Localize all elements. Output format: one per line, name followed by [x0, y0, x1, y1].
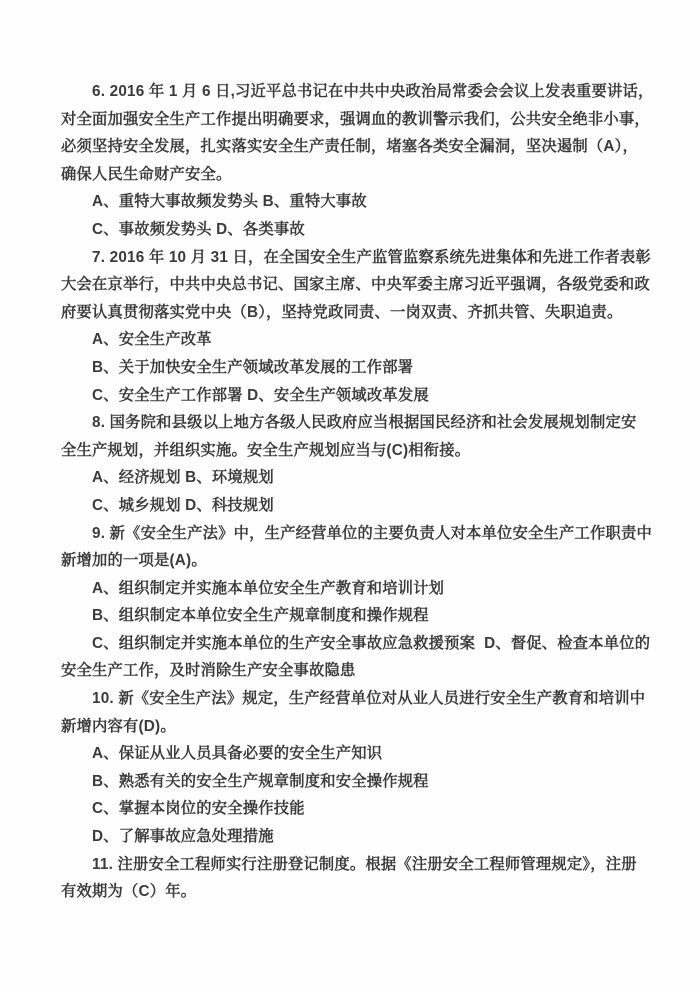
question-11-line-1: 11. 注册安全工程师实行注册登记制度。根据《注册安全工程师管理规定》，注册	[61, 851, 639, 879]
question-9-line-1: 9. 新《安全生产法》中，生产经营单位的主要负责人对本单位安全生产工作职责中	[61, 520, 639, 548]
question-9-option-b: B、组织制定本单位安全生产规章制度和操作规程	[61, 602, 639, 630]
question-9-options-cd-line-1: C、组织制定并实施本单位的生产安全事故应急救援预案 D、督促、检查本单位的	[61, 630, 639, 658]
question-6-options-cd: C、事故频发势头 D、各类事故	[61, 216, 639, 244]
question-6-line-1: 6. 2016 年 1 月 6 日,习近平总书记在中共中央政治局常委会会议上发表…	[61, 78, 639, 106]
question-8-options-ab: A、经济规划 B、环境规划	[61, 464, 639, 492]
question-8-line-2: 全生产规划，并组织实施。安全生产规划应当与(C)相衔接。	[61, 437, 639, 465]
question-10-option-a: A、保证从业人员具备必要的安全生产知识	[61, 740, 639, 768]
question-8-line-1: 8. 国务院和县级以上地方各级人民政府应当根据国民经济和社会发展规划制定安	[61, 409, 639, 437]
question-10-line-2: 新增内容有(D)。	[61, 713, 639, 741]
question-8-options-cd: C、城乡规划 D、科技规划	[61, 492, 639, 520]
question-9-option-a: A、组织制定并实施本单位安全生产教育和培训计划	[61, 575, 639, 603]
question-6-line-4: 确保人民生命财产安全。	[61, 161, 639, 189]
question-7-options-cd: C、安全生产工作部署 D、安全生产领域改革发展	[61, 382, 639, 410]
document-page: 6. 2016 年 1 月 6 日,习近平总书记在中共中央政治局常委会会议上发表…	[0, 0, 700, 990]
question-6-line-3: 必须坚持安全发展，扎实落实安全生产责任制，堵塞各类安全漏洞，坚决遏制（A），	[61, 133, 639, 161]
question-10-option-c: C、掌握本岗位的安全操作技能	[61, 795, 639, 823]
question-7-line-1: 7. 2016 年 10 月 31 日，在全国安全生产监管监察系统先进集体和先进…	[61, 244, 639, 272]
question-9-options-cd-line-2: 安全生产工作，及时消除生产安全事故隐患	[61, 657, 639, 685]
question-7-option-a: A、安全生产改革	[61, 326, 639, 354]
question-9-line-2: 新增加的一项是(A)。	[61, 547, 639, 575]
question-7-line-2: 大会在京举行，中共中央总书记、国家主席、中央军委主席习近平强调，各级党委和政	[61, 271, 639, 299]
question-10-line-1: 10. 新《安全生产法》规定，生产经营单位对从业人员进行安全生产教育和培训中	[61, 685, 639, 713]
question-7-line-3: 府要认真贯彻落实党中央（B），坚持党政同责、一岗双责、齐抓共管、失职追责。	[61, 299, 639, 327]
question-11-line-2: 有效期为（C）年。	[61, 878, 639, 906]
document-content: 6. 2016 年 1 月 6 日,习近平总书记在中共中央政治局常委会会议上发表…	[61, 78, 639, 906]
question-6-line-2: 对全面加强安全生产工作提出明确要求，强调血的教训警示我们，公共安全绝非小事，	[61, 106, 639, 134]
question-10-option-b: B、熟悉有关的安全生产规章制度和安全操作规程	[61, 768, 639, 796]
question-7-option-b: B、关于加快安全生产领域改革发展的工作部署	[61, 354, 639, 382]
question-10-option-d: D、了解事故应急处理措施	[61, 823, 639, 851]
question-6-options-ab: A、重特大事故频发势头 B、重特大事故	[61, 188, 639, 216]
